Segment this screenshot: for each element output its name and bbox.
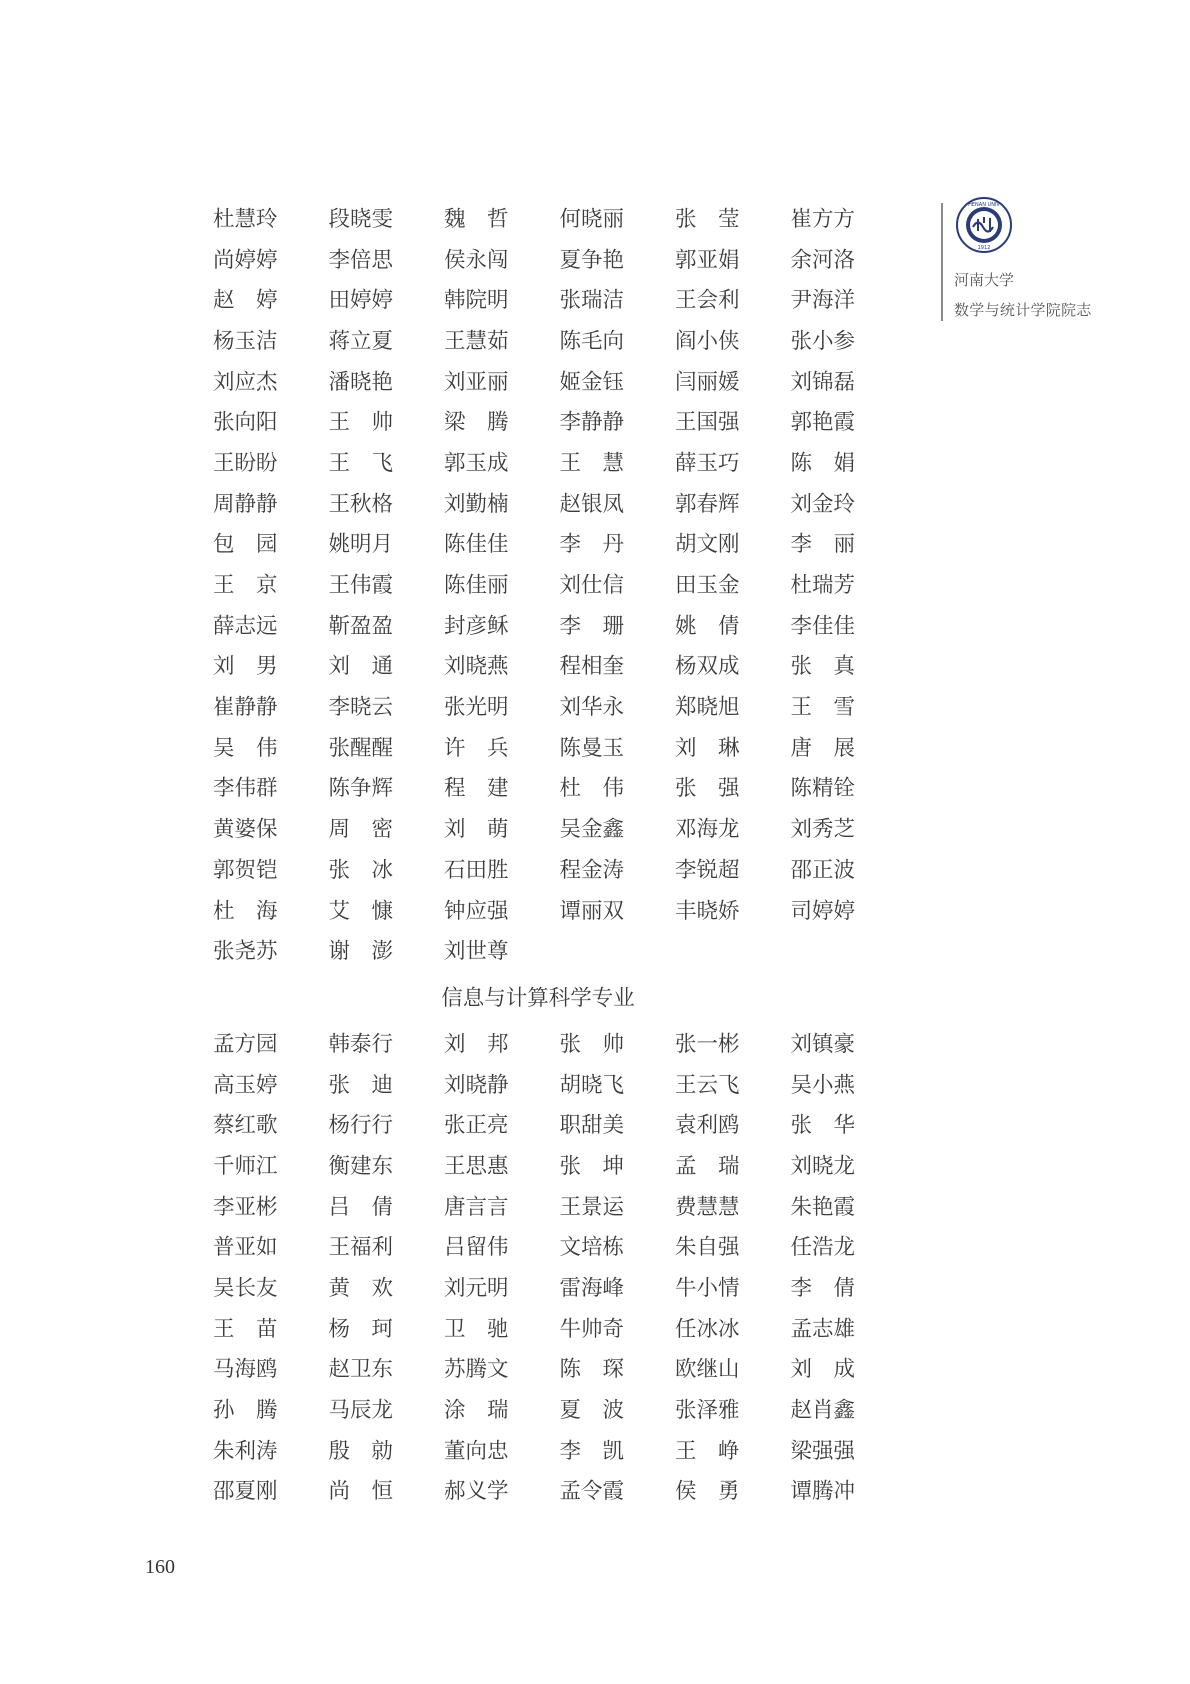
name-row: 蔡红歌杨行行张正亮职甜美袁利鸥张 华 [213, 1103, 913, 1144]
person-name: 吴长友 [213, 1271, 329, 1302]
person-name: 费慧慧 [675, 1190, 791, 1221]
person-name: 韩院明 [444, 283, 560, 314]
person-name: 石田胜 [444, 853, 560, 884]
person-name: 刘晓静 [444, 1068, 560, 1099]
svg-text:HENAN UNIV: HENAN UNIV [968, 202, 1000, 208]
person-name: 张泽雅 [675, 1393, 791, 1424]
person-name: 王伟霞 [329, 568, 445, 599]
name-list-section-1: 杜慧玲段晓雯魏 哲何晓丽张 莹崔方方尚婷婷李倍思侯永闯夏争艳郭亚娟余河洛赵 婷田… [213, 197, 913, 970]
person-name: 陈佳丽 [444, 568, 560, 599]
person-name: 殷 勍 [329, 1434, 445, 1465]
person-name: 李 凯 [560, 1434, 676, 1465]
name-row: 王 京王伟霞陈佳丽刘仕信田玉金杜瑞芳 [213, 563, 913, 604]
person-name: 吕留伟 [444, 1230, 560, 1261]
person-name: 郭亚娟 [675, 243, 791, 274]
name-row: 孟方园韩泰行刘 邦张 帅张一彬刘镇豪 [213, 1022, 913, 1063]
person-name: 孙 腾 [213, 1393, 329, 1424]
person-name: 陈精铨 [791, 771, 907, 802]
person-name: 王盼盼 [213, 446, 329, 477]
person-name: 刘勤楠 [444, 487, 560, 518]
person-name: 李 丽 [791, 527, 907, 558]
university-name: 河南大学 [954, 269, 1014, 290]
person-name: 段晓雯 [329, 202, 445, 233]
person-name: 蒋立夏 [329, 324, 445, 355]
person-name: 郑晓旭 [675, 690, 791, 721]
person-name: 王秋格 [329, 487, 445, 518]
person-name: 刘世尊 [444, 934, 560, 965]
person-name: 张 莹 [675, 202, 791, 233]
person-name: 谭丽双 [560, 894, 676, 925]
person-name: 胡晓飞 [560, 1068, 676, 1099]
person-name: 王 京 [213, 568, 329, 599]
person-name: 刘 男 [213, 649, 329, 680]
person-name: 周静静 [213, 487, 329, 518]
name-row: 黄婆保周 密刘 萌吴金鑫邓海龙刘秀芝 [213, 807, 913, 848]
name-row: 李亚彬吕 倩唐言言王景运费慧慧朱艳霞 [213, 1185, 913, 1226]
person-name: 王景运 [560, 1190, 676, 1221]
person-name: 李 珊 [560, 609, 676, 640]
person-name: 刘 邦 [444, 1027, 560, 1058]
person-name: 王福利 [329, 1230, 445, 1261]
person-name: 刘元明 [444, 1271, 560, 1302]
name-row: 包 园姚明月陈佳佳李 丹胡文刚李 丽 [213, 523, 913, 564]
name-row: 杨玉洁蒋立夏王慧茹陈毛向阎小侠张小参 [213, 319, 913, 360]
person-name: 郭艳霞 [791, 405, 907, 436]
person-name: 王会利 [675, 283, 791, 314]
person-name: 谭腾冲 [791, 1474, 907, 1505]
person-name: 李伟群 [213, 771, 329, 802]
person-name: 牛小情 [675, 1271, 791, 1302]
person-name: 尹海洋 [791, 283, 907, 314]
person-name: 涂 瑞 [444, 1393, 560, 1424]
name-row: 吴长友黄 欢刘元明雷海峰牛小情李 倩 [213, 1266, 913, 1307]
person-name: 李晓云 [329, 690, 445, 721]
person-name: 钟应强 [444, 894, 560, 925]
person-name: 刘应杰 [213, 365, 329, 396]
person-name: 田玉金 [675, 568, 791, 599]
person-name: 李佳佳 [791, 609, 907, 640]
person-name: 许 兵 [444, 731, 560, 762]
person-name: 丰晓娇 [675, 894, 791, 925]
person-name: 卫 驰 [444, 1312, 560, 1343]
name-row: 杜慧玲段晓雯魏 哲何晓丽张 莹崔方方 [213, 197, 913, 238]
person-name: 封彦稣 [444, 609, 560, 640]
person-name: 杨玉洁 [213, 324, 329, 355]
person-name: 王 帅 [329, 405, 445, 436]
name-row: 邵夏刚尚 恒郝义学孟令霞侯 勇谭腾冲 [213, 1470, 913, 1511]
person-name: 闫丽媛 [675, 365, 791, 396]
person-name: 千师江 [213, 1149, 329, 1180]
book-title: 数学与统计学院院志 [954, 299, 1092, 320]
person-name: 阎小侠 [675, 324, 791, 355]
person-name: 刘锦磊 [791, 365, 907, 396]
person-name: 任浩龙 [791, 1230, 907, 1261]
person-name: 黄 欢 [329, 1271, 445, 1302]
person-name: 孟方园 [213, 1027, 329, 1058]
person-name: 尚婷婷 [213, 243, 329, 274]
person-name: 姬金钰 [560, 365, 676, 396]
person-name: 李锐超 [675, 853, 791, 884]
name-row: 张向阳王 帅梁 腾李静静王国强郭艳霞 [213, 400, 913, 441]
name-row: 李伟群陈争辉程 建杜 伟张 强陈精铨 [213, 767, 913, 808]
name-row: 张尧苏谢 澎刘世尊 [213, 929, 913, 970]
person-name: 侯永闯 [444, 243, 560, 274]
person-name: 司婷婷 [791, 894, 907, 925]
person-name: 马海鸥 [213, 1352, 329, 1383]
person-name: 欧继山 [675, 1352, 791, 1383]
person-name: 马辰龙 [329, 1393, 445, 1424]
person-name: 任冰冰 [675, 1312, 791, 1343]
person-name: 靳盈盈 [329, 609, 445, 640]
person-name: 朱艳霞 [791, 1190, 907, 1221]
person-name: 张正亮 [444, 1108, 560, 1139]
person-name: 夏 波 [560, 1393, 676, 1424]
person-name: 郭玉成 [444, 446, 560, 477]
name-row: 杜 海艾 慷钟应强谭丽双丰晓娇司婷婷 [213, 889, 913, 930]
person-name: 郝义学 [444, 1474, 560, 1505]
person-name: 刘亚丽 [444, 365, 560, 396]
name-row: 郭贺铠张 冰石田胜程金涛李锐超邵正波 [213, 848, 913, 889]
person-name: 梁 腾 [444, 405, 560, 436]
person-name: 张光明 [444, 690, 560, 721]
person-name: 王 峥 [675, 1434, 791, 1465]
person-name: 潘晓艳 [329, 365, 445, 396]
name-row: 孙 腾马辰龙涂 瑞夏 波张泽雅赵肖鑫 [213, 1388, 913, 1429]
person-name: 杜慧玲 [213, 202, 329, 233]
person-name: 薛志远 [213, 609, 329, 640]
name-row: 普亚如王福利吕留伟文培栋朱自强任浩龙 [213, 1225, 913, 1266]
person-name: 王 慧 [560, 446, 676, 477]
henan-university-logo-icon: HENAN UNIV 1912 [956, 197, 1012, 253]
person-name: 朱自强 [675, 1230, 791, 1261]
person-name: 梁强强 [791, 1434, 907, 1465]
name-row: 千师江衡建东王思惠张 坤孟 瑞刘晓龙 [213, 1144, 913, 1185]
person-name: 王思惠 [444, 1149, 560, 1180]
person-name: 周 密 [329, 812, 445, 843]
person-name: 田婷婷 [329, 283, 445, 314]
person-name: 包 园 [213, 527, 329, 558]
person-name: 张 真 [791, 649, 907, 680]
person-name: 刘 萌 [444, 812, 560, 843]
person-name: 余河洛 [791, 243, 907, 274]
person-name: 王 苗 [213, 1312, 329, 1343]
person-name: 程相奎 [560, 649, 676, 680]
person-name: 姚明月 [329, 527, 445, 558]
person-name: 夏争艳 [560, 243, 676, 274]
person-name: 张瑞洁 [560, 283, 676, 314]
person-name: 袁利鸥 [675, 1108, 791, 1139]
svg-text:1912: 1912 [978, 245, 991, 251]
person-name: 王 雪 [791, 690, 907, 721]
person-name: 王 飞 [329, 446, 445, 477]
person-name: 侯 勇 [675, 1474, 791, 1505]
person-name: 程金涛 [560, 853, 676, 884]
person-name: 王慧茹 [444, 324, 560, 355]
person-name: 崔方方 [791, 202, 907, 233]
person-name: 张 帅 [560, 1027, 676, 1058]
person-name: 赵 婷 [213, 283, 329, 314]
person-name: 王国强 [675, 405, 791, 436]
person-name: 唐 展 [791, 731, 907, 762]
name-row: 赵 婷田婷婷韩院明张瑞洁王会利尹海洋 [213, 278, 913, 319]
person-name: 黄婆保 [213, 812, 329, 843]
name-row: 周静静王秋格刘勤楠赵银凤郭春辉刘金玲 [213, 482, 913, 523]
page-number: 160 [145, 1556, 175, 1579]
person-name: 赵卫东 [329, 1352, 445, 1383]
person-name: 刘 通 [329, 649, 445, 680]
person-name: 职甜美 [560, 1108, 676, 1139]
person-name: 杜 伟 [560, 771, 676, 802]
name-row: 吴 伟张醒醒许 兵陈曼玉刘 琳唐 展 [213, 726, 913, 767]
person-name: 吴 伟 [213, 731, 329, 762]
person-name: 刘华永 [560, 690, 676, 721]
person-name: 刘秀芝 [791, 812, 907, 843]
person-name: 吴金鑫 [560, 812, 676, 843]
person-name: 何晓丽 [560, 202, 676, 233]
person-name: 孟 瑞 [675, 1149, 791, 1180]
person-name: 尚 恒 [329, 1474, 445, 1505]
name-row: 马海鸥赵卫东苏腾文陈 琛欧继山刘 成 [213, 1348, 913, 1389]
person-name: 董向忠 [444, 1434, 560, 1465]
person-name: 杜 海 [213, 894, 329, 925]
person-name: 张 冰 [329, 853, 445, 884]
person-name: 崔静静 [213, 690, 329, 721]
person-name: 陈 娟 [791, 446, 907, 477]
person-name: 赵肖鑫 [791, 1393, 907, 1424]
person-name: 刘镇豪 [791, 1027, 907, 1058]
person-name: 吴小燕 [791, 1068, 907, 1099]
person-name: 陈争辉 [329, 771, 445, 802]
person-name: 刘金玲 [791, 487, 907, 518]
person-name: 苏腾文 [444, 1352, 560, 1383]
person-name: 郭春辉 [675, 487, 791, 518]
person-name: 衡建东 [329, 1149, 445, 1180]
person-name: 杨双成 [675, 649, 791, 680]
person-name: 陈曼玉 [560, 731, 676, 762]
person-name: 李亚彬 [213, 1190, 329, 1221]
person-name: 唐言言 [444, 1190, 560, 1221]
person-name: 文培栋 [560, 1230, 676, 1261]
person-name: 薛玉巧 [675, 446, 791, 477]
name-row: 朱利涛殷 勍董向忠李 凯王 峥梁强强 [213, 1429, 913, 1470]
name-row: 崔静静李晓云张光明刘华永郑晓旭王 雪 [213, 685, 913, 726]
person-name: 张尧苏 [213, 934, 329, 965]
person-name: 雷海峰 [560, 1271, 676, 1302]
person-name: 刘 成 [791, 1352, 907, 1383]
person-name: 李倍思 [329, 243, 445, 274]
person-name: 赵银凤 [560, 487, 676, 518]
person-name: 朱利涛 [213, 1434, 329, 1465]
person-name: 邓海龙 [675, 812, 791, 843]
person-name: 普亚如 [213, 1230, 329, 1261]
person-name: 李 倩 [791, 1271, 907, 1302]
section-title-info-computing: 信息与计算科学专业 [213, 981, 863, 1012]
person-name: 吕 倩 [329, 1190, 445, 1221]
person-name: 刘晓龙 [791, 1149, 907, 1180]
person-name: 陈佳佳 [444, 527, 560, 558]
name-row: 刘 男刘 通刘晓燕程相奎杨双成张 真 [213, 645, 913, 686]
name-row: 王盼盼王 飞郭玉成王 慧薛玉巧陈 娟 [213, 441, 913, 482]
person-name: 孟志雄 [791, 1312, 907, 1343]
person-name: 谢 澎 [329, 934, 445, 965]
person-name: 张醒醒 [329, 731, 445, 762]
person-name: 邵正波 [791, 853, 907, 884]
person-name: 张一彬 [675, 1027, 791, 1058]
person-name: 杨行行 [329, 1108, 445, 1139]
person-name: 杜瑞芳 [791, 568, 907, 599]
person-name: 郭贺铠 [213, 853, 329, 884]
person-name: 高玉婷 [213, 1068, 329, 1099]
name-row: 薛志远靳盈盈封彦稣李 珊姚 倩李佳佳 [213, 604, 913, 645]
person-name: 陈毛向 [560, 324, 676, 355]
person-name: 刘晓燕 [444, 649, 560, 680]
person-name: 孟令霞 [560, 1474, 676, 1505]
person-name: 李静静 [560, 405, 676, 436]
person-name: 姚 倩 [675, 609, 791, 640]
person-name: 王云飞 [675, 1068, 791, 1099]
name-row: 高玉婷张 迪刘晓静胡晓飞王云飞吴小燕 [213, 1063, 913, 1104]
person-name: 邵夏刚 [213, 1474, 329, 1505]
person-name: 张 迪 [329, 1068, 445, 1099]
person-name: 张向阳 [213, 405, 329, 436]
name-list-section-2: 孟方园韩泰行刘 邦张 帅张一彬刘镇豪高玉婷张 迪刘晓静胡晓飞王云飞吴小燕蔡红歌杨… [213, 1022, 913, 1510]
person-name: 陈 琛 [560, 1352, 676, 1383]
person-name: 韩泰行 [329, 1027, 445, 1058]
person-name: 刘仕信 [560, 568, 676, 599]
person-name: 程 建 [444, 771, 560, 802]
person-name: 张 强 [675, 771, 791, 802]
person-name: 张 华 [791, 1108, 907, 1139]
name-row: 王 苗杨 珂卫 驰牛帅奇任冰冰孟志雄 [213, 1307, 913, 1348]
person-name: 李 丹 [560, 527, 676, 558]
person-name: 张小参 [791, 324, 907, 355]
name-row: 刘应杰潘晓艳刘亚丽姬金钰闫丽媛刘锦磊 [213, 360, 913, 401]
person-name: 牛帅奇 [560, 1312, 676, 1343]
person-name: 蔡红歌 [213, 1108, 329, 1139]
header-divider-line [941, 203, 943, 321]
person-name: 艾 慷 [329, 894, 445, 925]
person-name: 胡文刚 [675, 527, 791, 558]
person-name: 杨 珂 [329, 1312, 445, 1343]
person-name: 刘 琳 [675, 731, 791, 762]
person-name: 魏 哲 [444, 202, 560, 233]
person-name: 张 坤 [560, 1149, 676, 1180]
name-row: 尚婷婷李倍思侯永闯夏争艳郭亚娟余河洛 [213, 238, 913, 279]
